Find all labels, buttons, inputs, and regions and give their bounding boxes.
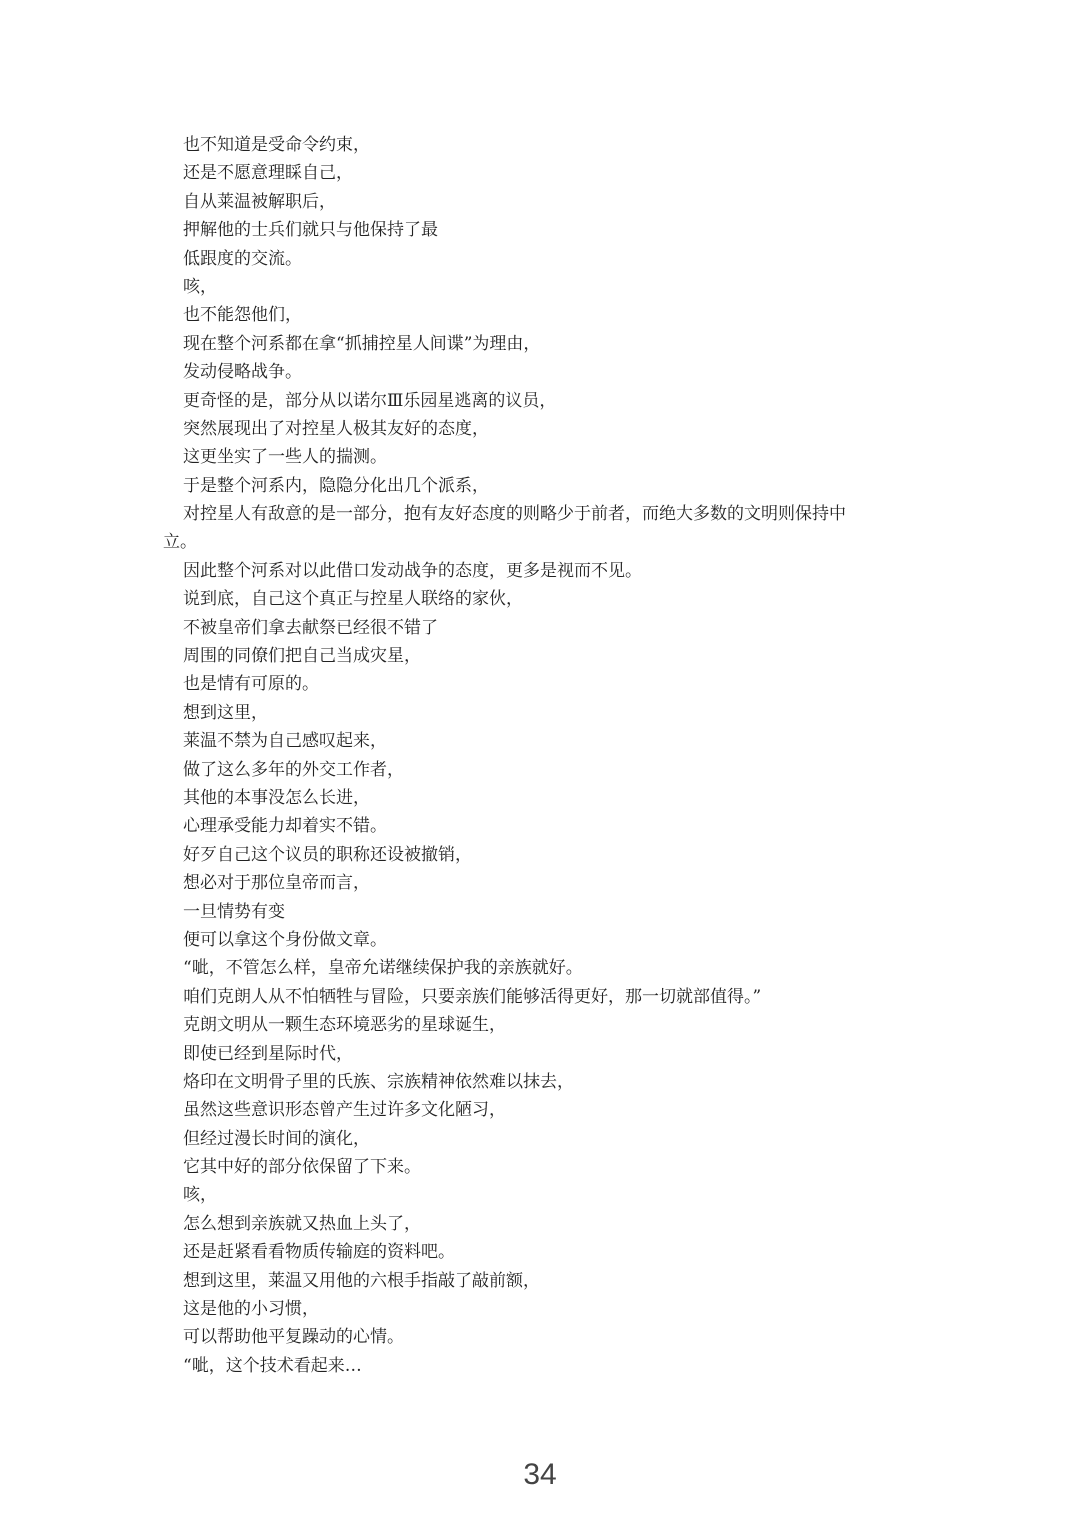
text-line: 一旦情势有变: [163, 898, 923, 926]
text-line: 可以帮助他平复躁动的心情。: [163, 1323, 923, 1351]
text-line: 做了这么多年的外交工作者，: [163, 756, 923, 784]
text-line: 莱温不禁为自己感叹起来，: [163, 727, 923, 755]
text-line: 怎么想到亲族就又热血上头了，: [163, 1210, 923, 1238]
text-line: “呲，这个技术看起来…: [163, 1352, 923, 1380]
text-line: 咳，: [163, 273, 923, 301]
text-line: 也不知道是受命令约束，: [163, 131, 923, 159]
text-line: 押解他的士兵们就只与他保持了最: [163, 216, 923, 244]
text-line: 其他的本事没怎么长进，: [163, 784, 923, 812]
text-line: 说到底，自己这个真正与控星人联络的家伙，: [163, 585, 923, 613]
text-line: 更奇怪的是，部分从以诺尔Ⅲ乐园星逃离的议员，: [163, 387, 923, 415]
text-line: 虽然这些意识形态曾产生过许多文化陋习，: [163, 1096, 923, 1124]
text-line: 这是他的小习惯，: [163, 1295, 923, 1323]
text-line-continuation: 立。: [163, 528, 923, 556]
text-line: 现在整个河系都在拿“抓捕控星人间谍”为理由，: [163, 330, 923, 358]
text-line: 也是情有可原的。: [163, 670, 923, 698]
text-line: 它其中好的部分依保留了下来。: [163, 1153, 923, 1181]
text-line: 即使已经到星际时代，: [163, 1040, 923, 1068]
text-line: 于是整个河系内，隐隐分化出几个派系，: [163, 472, 923, 500]
document-page: 也不知道是受命令约束， 还是不愿意理睬自己， 自从莱温被解职后， 押解他的士兵们…: [0, 0, 1080, 1527]
text-line: 突然展现出了对控星人极其友好的态度，: [163, 415, 923, 443]
body-text: 也不知道是受命令约束， 还是不愿意理睬自己， 自从莱温被解职后， 押解他的士兵们…: [163, 131, 923, 1380]
text-line: 自从莱温被解职后，: [163, 188, 923, 216]
page-number: 34: [0, 1458, 1080, 1492]
text-line: 还是赶紧看看物质传输庭的资料吧。: [163, 1238, 923, 1266]
text-line: 想到这里，: [163, 699, 923, 727]
text-line: 周围的同僚们把自己当成灾星，: [163, 642, 923, 670]
text-line: 烙印在文明骨子里的氏族、宗族精神依然难以抹去，: [163, 1068, 923, 1096]
text-line: 低跟度的交流。: [163, 245, 923, 273]
text-line: 便可以拿这个身份做文章。: [163, 926, 923, 954]
text-line: 好歹自己这个议员的职称还设被撤销，: [163, 841, 923, 869]
text-line: 但经过漫长时间的演化，: [163, 1125, 923, 1153]
text-line: “呲，不管怎么样，皇帝允诺继续保护我的亲族就好。: [163, 954, 923, 982]
text-line: 咱们克朗人从不怕牺牲与冒险，只要亲族们能够活得更好，那一切就部值得。”: [163, 983, 923, 1011]
text-line: 想到这里，莱温又用他的六根手指敲了敲前额，: [163, 1267, 923, 1295]
text-line: 心理承受能力却着实不错。: [163, 812, 923, 840]
text-line: 不被皇帝们拿去献祭已经很不错了: [163, 614, 923, 642]
text-line: 因此整个河系对以此借口发动战争的态度，更多是视而不见。: [163, 557, 923, 585]
text-line: 克朗文明从一颗生态环境恶劣的星球诞生，: [163, 1011, 923, 1039]
text-line: 还是不愿意理睬自己，: [163, 159, 923, 187]
text-line: 也不能怨他们，: [163, 301, 923, 329]
text-line: 对控星人有敌意的是一部分，抱有友好态度的则略少于前者，而绝大多数的文明则保持中: [163, 500, 923, 528]
text-line: 想必对于那位皇帝而言，: [163, 869, 923, 897]
text-line: 咳，: [163, 1181, 923, 1209]
text-line: 发动侵略战争。: [163, 358, 923, 386]
text-line: 这更坐实了一些人的揣测。: [163, 443, 923, 471]
